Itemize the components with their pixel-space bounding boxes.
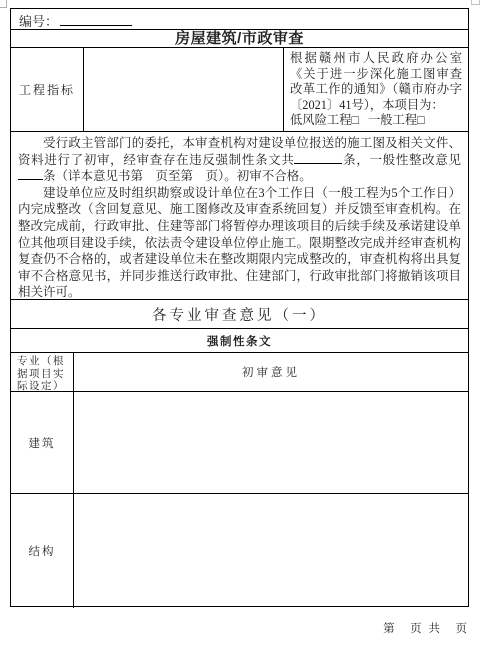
discipline-cell-structure: 结构 — [11, 494, 74, 608]
mandatory-provisions-row: 强制性条文 — [11, 328, 468, 352]
opinions-section-heading-row: 各专业审查意见（一） — [11, 299, 468, 328]
document-page: 编号： 房屋建筑/市政审查 工程指标 根据赣州市人民政府办公室《关于进一步深化施… — [0, 0, 500, 656]
indicator-label: 工程指标 — [19, 81, 75, 98]
blank-violation-count[interactable] — [294, 152, 342, 164]
opinion-header-label: 初审意见 — [242, 364, 300, 380]
page-title: 房屋建筑/市政审查 — [175, 30, 304, 47]
serial-number-row: 编号： — [11, 9, 468, 29]
discipline-header-cell: 专业（根据项目实际设定） — [11, 353, 74, 391]
option-general: 一般工程□ — [368, 113, 425, 129]
discipline-label: 建筑 — [11, 392, 73, 493]
notice-paragraph-1: 受行政主管部门的委托，本审查机构对建设单位报送的施工图及相关文件、资料进行了初审… — [18, 135, 461, 185]
discipline-header-label: 专业（根据项目实际设定） — [17, 356, 65, 392]
review-notice-row: 受行政主管部门的委托，本审查机构对建设单位报送的施工图及相关文件、资料进行了初审… — [11, 131, 468, 299]
table-row: 结构 — [11, 493, 468, 608]
indicator-values-cell[interactable] — [84, 48, 284, 131]
mandatory-provisions-label: 强制性条文 — [207, 333, 272, 349]
opinions-header-row: 专业（根据项目实际设定） 初审意见 — [11, 352, 468, 391]
table-resize-handle-icon[interactable] — [471, 0, 480, 5]
discipline-cell-architecture: 建筑 — [11, 392, 74, 493]
option-general-label: 一般工程 — [368, 113, 417, 127]
page-number-footer: 第 页 共 页 — [383, 620, 469, 636]
notice-paragraph-2: 建设单位应及时组织勘察或设计单位在3个工作日（一般工程为5个工作日）内完成整改（… — [18, 185, 461, 301]
notice-p1-text-b: 条，一般性整改意见 — [342, 153, 461, 167]
basis-text: 根据赣州市人民政府办公室《关于进一步深化施工图审查改革工作的通知》（赣市府办字〔… — [290, 51, 462, 112]
serial-number-label: 编号： — [19, 14, 58, 29]
review-form-table: 编号： 房屋建筑/市政审查 工程指标 根据赣州市人民政府办公室《关于进一步深化施… — [10, 8, 469, 607]
notice-p1-text-c: 条（详本意见书第 页至第 页）。初审不合格。 — [43, 169, 312, 183]
checkbox-general[interactable]: □ — [417, 113, 424, 127]
form-title-row: 房屋建筑/市政审查 — [11, 29, 468, 47]
opinion-cell-structure[interactable] — [74, 494, 468, 608]
indicator-label-cell: 工程指标 — [11, 48, 84, 131]
serial-number-blank[interactable] — [60, 13, 132, 26]
option-low-risk-label: 低风险工程 — [290, 113, 352, 127]
discipline-label: 结构 — [11, 494, 73, 608]
indicator-basis-cell: 根据赣州市人民政府办公室《关于进一步深化施工图审查改革工作的通知》（赣市府办字〔… — [284, 48, 468, 131]
opinion-header-cell: 初审意见 — [74, 353, 468, 391]
option-low-risk: 低风险工程□ — [290, 113, 359, 129]
opinions-section-heading: 各专业审查意见（一） — [152, 304, 327, 325]
blank-general-count[interactable] — [18, 168, 43, 180]
project-indicator-row: 工程指标 根据赣州市人民政府办公室《关于进一步深化施工图审查改革工作的通知》（赣… — [11, 47, 468, 131]
table-move-handle-icon[interactable] — [0, 0, 7, 8]
table-row: 建筑 — [11, 391, 468, 493]
checkbox-low-risk[interactable]: □ — [352, 113, 359, 127]
project-type-options: 低风险工程□ 一般工程□ — [290, 113, 462, 129]
opinion-cell-architecture[interactable] — [74, 392, 468, 493]
